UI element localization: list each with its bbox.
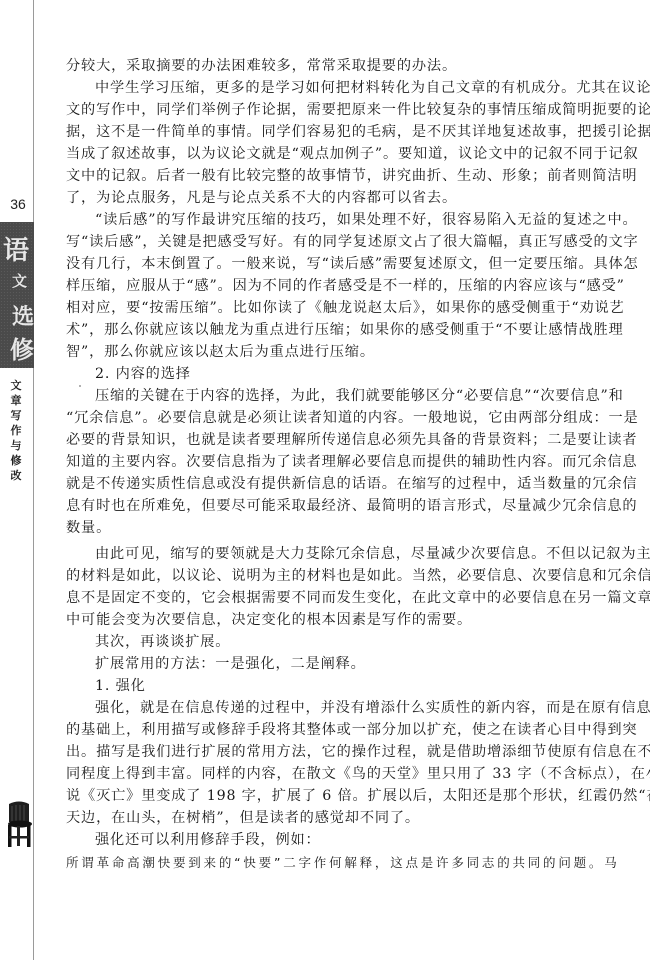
section-heading: 1. 强化 — [95, 675, 146, 697]
text-line: 出。描写是我们进行扩展的常用方法，它的操作过程，就是借助增添细节使原有信息在不 — [66, 741, 618, 763]
text-line: 息有时也在所难免，但要尽可能采取最经济、最简明的语言形式，尽量减少冗余信息的 — [66, 495, 618, 517]
text-line: 的基础上，利用描写或修辞手段将其整体或一部分加以扩充，使之在读者心目中得到突 — [66, 719, 618, 741]
text-line: 数量。 — [66, 517, 111, 539]
text-line: 强化，就是在信息传递的过程中，并没有增添什么实质性的新内容，而是在原有信息 — [95, 697, 618, 719]
text-line: 据，这不是一件简单的事情。同学们容易犯的毛病，是不厌其详地复述故事，把援引论据 — [66, 121, 618, 143]
text-line: 息不是固定不变的，它会根据需要不同而发生变化，在此文章中的必要信息在另一篇文章 — [66, 587, 618, 609]
text-line: 写“读后感”，关键是把感受写好。有的同学复述原文占了很大篇幅，真正写感受的文字 — [66, 231, 618, 253]
text-line: 中可能会变为次要信息，决定变化的根本因素是写作的需要。 — [66, 609, 472, 631]
text-line: 知道的主要内容。次要信息指为了读者理解必要信息而提供的辅助性内容。而冗余信息 — [66, 451, 618, 473]
text-line: 说《灭亡》里变成了 198 字，扩展了 6 倍。扩展以后，太阳还是那个形状，红霞… — [66, 785, 618, 807]
side-tab-char: 修 — [10, 330, 34, 365]
text-line: 的材料是如此，以议论、说明为主的材料也是如此。当然，必要信息、次要信息和冗余信 — [66, 565, 618, 587]
text-line: 分较大，采取摘要的办法困难较多，常常采取提要的办法。 — [66, 55, 457, 77]
stray-mark — [79, 385, 81, 387]
text-line: “读后感”的写作最讲究压缩的技巧，如果处理不好，很容易陷入无益的复述之中。 — [95, 209, 618, 231]
text-line: 由此可见，缩写的要领就是大力芟除冗余信息，尽量减少次要信息。不但以记叙为主 — [95, 543, 618, 565]
text-line: 必要的背景知识，也就是读者要理解所传递信息必须先具备的背景资料；二是要让读者 — [66, 429, 618, 451]
text-line: 了，为论点服务，凡是与论点关系不大的内容都可以省去。 — [66, 187, 457, 209]
text-line: 文的写作中，同学们举例子作论据，需要把原来一件比较复杂的事情压缩成简明扼要的论 — [66, 99, 618, 121]
text-line: 当成了叙述故事，以为议论文就是“观点加例子”。要知道，议论文中的记叙不同于记叙 — [66, 143, 618, 165]
text-line: 压缩的关键在于内容的选择，为此，我们就要能够区分“必要信息”“次要信息”和 — [95, 385, 618, 407]
text-line: 就是不传递实质性信息或没有提供新信息的话语。在缩写的过程中，适当数量的冗余信 — [66, 473, 618, 495]
text-line: 同程度上得到丰富。同样的内容，在散文《鸟的天堂》里只用了 33 字（不含标点），… — [66, 763, 618, 785]
side-tab-char: 语 — [3, 230, 29, 267]
text-line: 强化还可以利用修辞手段，例如： — [95, 829, 321, 851]
side-tab-char: 选 — [12, 300, 34, 331]
chair-icon — [5, 800, 33, 850]
text-line: 文中的记叙。后者一般有比较完整的故事情节，讲究曲折、生动、形象；前者则简洁明 — [66, 165, 618, 187]
text-line: 样压缩，应服从于“感”。因为不同的作者感受是不一样的，压缩的内容应该与“感受” — [66, 275, 618, 297]
page-number: 36 — [4, 196, 32, 212]
text-line: 其次，再谈谈扩展。 — [95, 631, 230, 653]
section-heading: 2. 内容的选择 — [95, 363, 191, 385]
text-line: “冗余信息”。必要信息就是必须让读者知道的内容。一般地说，它由两部分组成：一是 — [66, 407, 618, 429]
text-line: 扩展常用的方法：一是强化，二是阐释。 — [95, 653, 366, 675]
text-line: 中学生学习压缩，更多的是学习如何把材料转化为自己文章的有机成分。尤其在议论 — [95, 77, 618, 99]
side-tab-block: 语 文 选 修 — [0, 222, 34, 368]
text-line: 没有几行，本末倒置了。一般来说，写“读后感”需要复述原文，但一定要压缩。具体怎 — [66, 253, 618, 275]
text-line: 智”，那么你就应该以赵太后为重点进行压缩。 — [66, 341, 375, 363]
side-tab-char: 文 — [12, 270, 27, 291]
quoted-example-line: 所谓革命高潮快要到来的“快要”二字作何解释，这点是许多同志的共同的问题。马 — [66, 852, 618, 874]
text-line: 天边，在山头，在树梢”，但是读者的感觉却不同了。 — [66, 807, 420, 829]
text-line: 相对应，要“按需压缩”。比如你读了《触龙说赵太后》，如果你的感受侧重于“劝说艺 — [66, 297, 618, 319]
side-subtitle: 文章写作与修改 — [8, 378, 24, 483]
margin-divider-line — [33, 0, 34, 960]
text-line: 术”，那么你就应该以触龙为重点进行压缩；如果你的感受侧重于“不要让感情战胜理 — [66, 319, 618, 341]
